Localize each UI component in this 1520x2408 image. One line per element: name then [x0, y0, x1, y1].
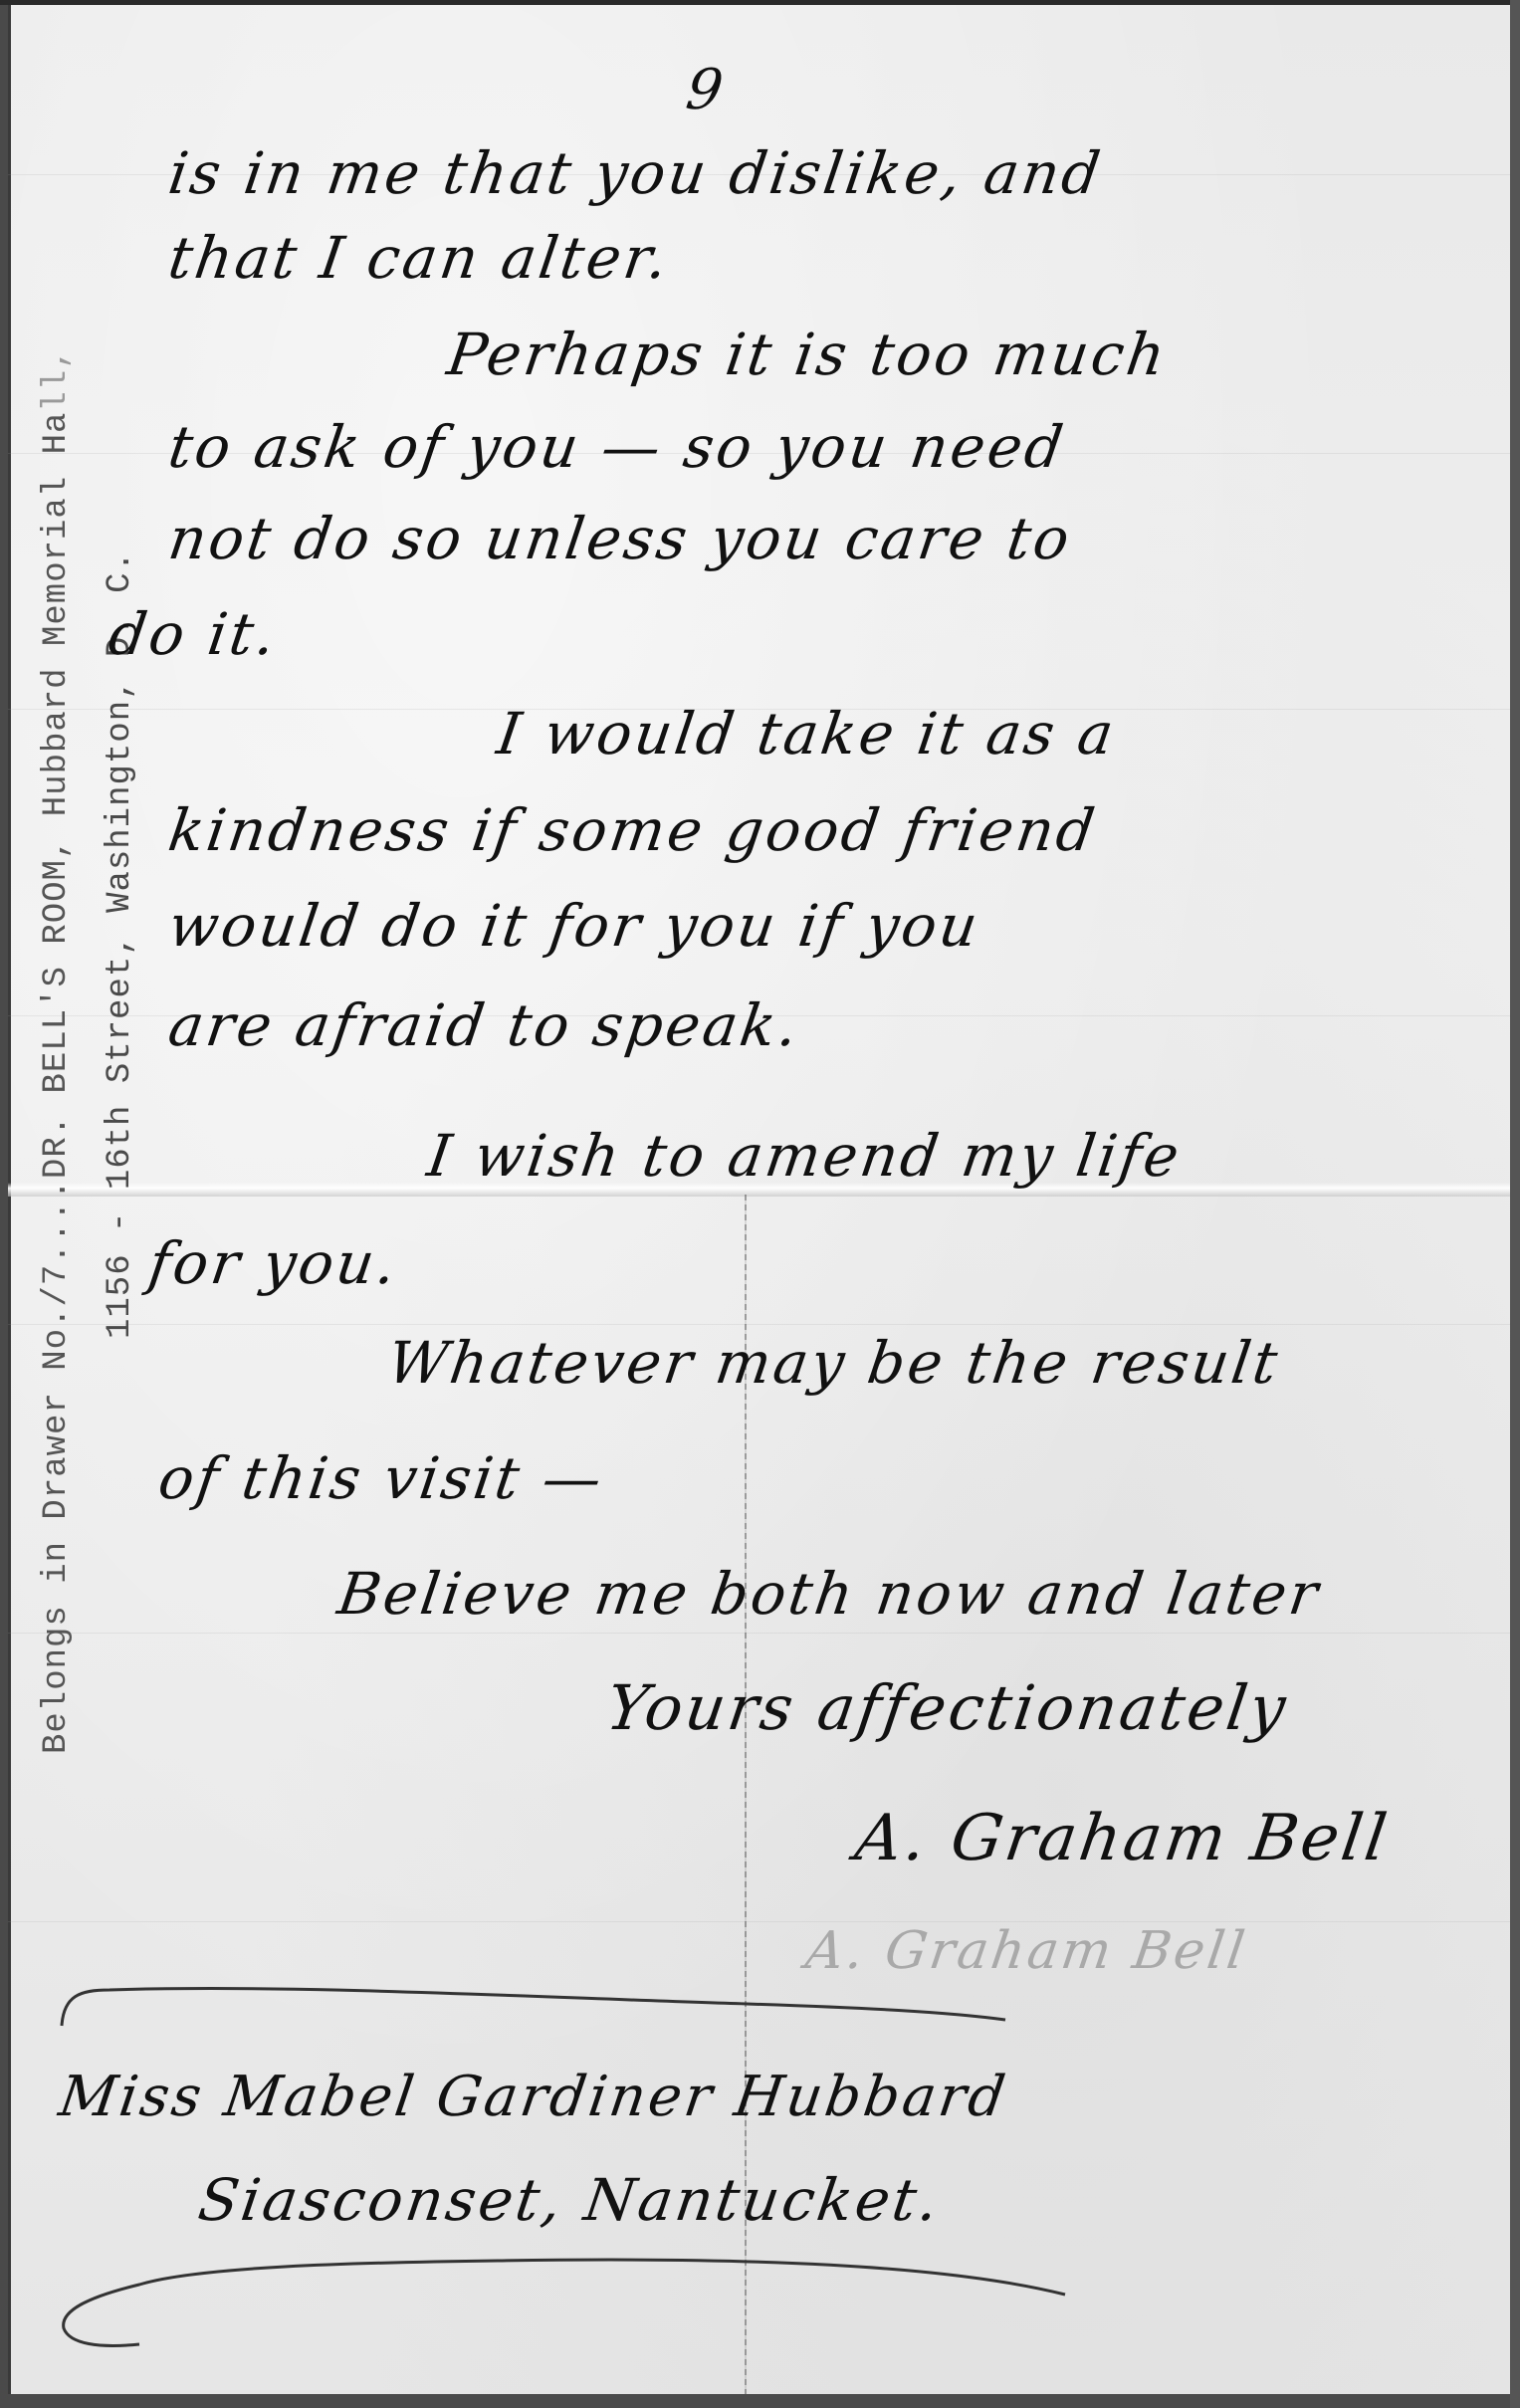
body-line: Perhaps it is too much — [443, 321, 1172, 388]
drawer-stamp-line-2: 1156 - 16th Street, Washington, D. C. — [102, 550, 139, 1339]
pencil-signature: A. Graham Bell — [802, 1921, 1251, 1981]
ruled-line — [8, 1633, 1510, 1634]
recipient-location: Siasconset, Nantucket. — [194, 2166, 945, 2234]
ruled-line — [8, 1324, 1510, 1325]
stamp-prefix: Belongs in Drawer No. — [38, 1307, 76, 1754]
signature: A. Graham Bell — [851, 1802, 1394, 1875]
stamp-room: ....DR. BELL'S ROOM, Hubbard Memorial Ha — [38, 412, 76, 1264]
closing: Yours affectionately — [602, 1671, 1293, 1744]
body-line: do it. — [105, 600, 282, 668]
drawer-stamp-line-1: Belongs in Drawer No./7....DR. BELL'S RO… — [38, 347, 76, 1754]
body-line: kindness if some good friend — [164, 796, 1101, 864]
body-line: Whatever may be the result — [383, 1329, 1284, 1397]
body-line: not do so unless you care to — [164, 505, 1076, 572]
body-line: Believe me both now and later — [333, 1560, 1325, 1628]
body-line: for you. — [144, 1229, 403, 1297]
page-right-edge — [1510, 0, 1520, 2408]
address-flourish-bottom — [50, 2245, 1095, 2354]
address-flourish-top — [50, 1976, 1045, 2036]
stamp-drawer-number: /7 — [38, 1264, 76, 1307]
body-line: that I can alter. — [164, 224, 674, 292]
page-top-edge — [0, 0, 1520, 5]
body-line: would do it for you if you — [164, 892, 984, 960]
body-line: is in me that you dislike, and — [164, 139, 1107, 207]
recipient-name: Miss Mabel Gardiner Hubbard — [55, 2065, 1011, 2129]
body-line: I would take it as a — [493, 700, 1120, 767]
ruled-line — [8, 1921, 1510, 1922]
stamp-faded-end: ll, — [38, 347, 76, 411]
body-line: I wish to amend my life — [423, 1122, 1186, 1190]
body-line: of this visit — — [154, 1444, 608, 1512]
body-line: are afraid to speak. — [164, 991, 804, 1059]
body-line: to ask of you — so you need — [164, 413, 1070, 481]
